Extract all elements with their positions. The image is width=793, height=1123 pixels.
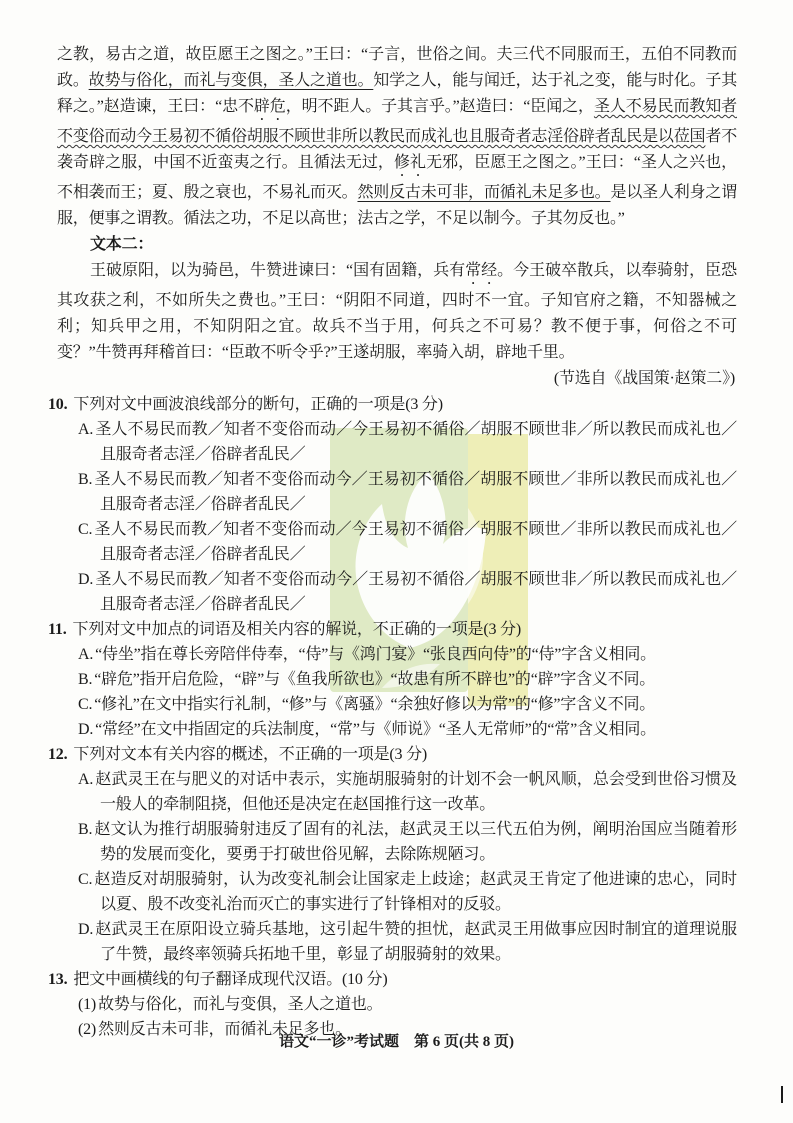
option-text: 赵武灵王在与肥义的对话中表示，实施胡服骑射的计划不会一帆风顺，总会受到世俗习惯及… [95,771,737,813]
option-text: “侍坐”指在尊长旁陪伴侍奉，“侍”与《鸿门宴》“张良西向侍”的“侍”字含义相同。 [95,646,656,663]
option-label: C. [78,521,92,538]
dot-emphasis-text: 修礼 [394,154,426,171]
option-text: 圣人不易民而教／知者不变俗而动今／王易初不循俗／胡服不顾世／非所以教民而成礼也／… [94,471,737,513]
option-label: B. [78,471,92,488]
question-stem-text: 下列对文中加点的词语及相关内容的解说，不正确的一项是(3 分) [73,621,521,638]
question-11-option-a: A.“侍坐”指在尊长旁陪伴侍奉，“侍”与《鸿门宴》“张良西向侍”的“侍”字含义相… [57,642,737,667]
question-10-stem: 10.下列对文中画波浪线部分的断句，正确的一项是(3 分) [48,392,737,417]
question-stem-text: 下列对文本有关内容的概述，不正确的一项是(3 分) [73,746,427,763]
question-10-option-b: B.圣人不易民而教／知者不变俗而动今／王易初不循俗／胡服不顾世／非所以教民而成礼… [57,467,737,517]
underlined-text: 故势与俗化，而礼与变俱，圣人之道也。 [89,72,374,89]
question-stem-text: 把文中画横线的句子翻译成现代汉语。(10 分) [73,971,387,988]
passage-two: 王破原阳，以为骑邑，牛赞进谏曰：“国有固籍，兵有常经。今王破卒散兵，以奉骑射，臣… [57,258,737,366]
question-13-item-1: (1)故势与俗化，而礼与变俱，圣人之道也。 [57,992,737,1017]
option-text: “辟危”指开启危险，“辟”与《鱼我所欲也》“故患有所不辟也”的“辟”字含义不同。 [94,671,655,688]
question-number: 10. [48,396,73,413]
exam-page: 之教，易古之道，故臣愿王之图之。”王曰：“子言，世俗之间。夫三代不同服而王，五伯… [0,0,793,1123]
option-text: 圣人不易民而教／知者不变俗而动／今王易初不循俗／胡服不顾世／非所以教民而成礼也／… [94,521,737,563]
passage-two-label: 文本二： [57,232,737,258]
option-label: D. [78,571,93,588]
source-attribution: (节选自《战国策·赵策二》) [57,366,737,392]
option-text: 赵造反对胡服骑射，认为改变礼制会让国家走上歧途；赵武灵王肯定了他进谏的忠心，同时… [94,871,737,913]
page-content: 之教，易古之道，故臣愿王之图之。”王曰：“子言，世俗之间。夫三代不同服而王，五伯… [0,0,793,1042]
question-stem-text: 下列对文中画波浪线部分的断句，正确的一项是(3 分) [73,396,442,413]
option-label: A. [78,421,93,438]
question-12-option-c: C.赵造反对胡服骑射，认为改变礼制会让国家走上歧途；赵武灵王肯定了他进谏的忠心，… [57,867,737,917]
question-10-option-c: C.圣人不易民而教／知者不变俗而动／今王易初不循俗／胡服不顾世／非所以教民而成礼… [57,517,737,567]
option-text: 圣人不易民而教／知者不变俗而动今／王易初不循俗／胡服不顾世非／所以教民而成礼也／… [95,571,737,613]
question-12-option-a: A.赵武灵王在与肥义的对话中表示，实施胡服骑射的计划不会一帆风顺，总会受到世俗习… [57,767,737,817]
option-label: B. [78,821,92,838]
plain-text: ，明不距人。子其言乎。”赵造曰：“臣闻之， [286,98,594,115]
option-label: B. [78,671,92,688]
passage-one: 之教，易古之道，故臣愿王之图之。”王曰：“子言，世俗之间。夫三代不同服而王，五伯… [57,42,737,232]
question-10-option-a: A.圣人不易民而教／知者不变俗而动／今王易初不循俗／胡服不顾世非／所以教民而成礼… [57,417,737,467]
item-text: 故势与俗化，而礼与变俱，圣人之道也。 [98,996,382,1013]
dot-emphasis-text: 辟危 [254,98,286,115]
scan-edge-mark [781,1086,783,1103]
option-text: “修礼”在文中指实行礼制，“修”与《离骚》“余独好修以为常”的“修”字含义不同。 [94,696,655,713]
option-label: D. [78,721,93,738]
question-11-option-c: C.“修礼”在文中指实行礼制，“修”与《离骚》“余独好修以为常”的“修”字含义不… [57,692,737,717]
option-text: 赵文认为推行胡服骑射违反了固有的礼法，赵武灵王以三代五伯为例，阐明治国应当随着形… [94,821,737,863]
plain-text: 王破原阳，以为骑邑，牛赞进谏曰：“国有固籍，兵有 [90,262,465,279]
dot-emphasis-text: 常经 [465,262,497,279]
option-label: C. [78,871,92,888]
question-12-option-b: B.赵文认为推行胡服骑射违反了固有的礼法，赵武灵王以三代五伯为例，阐明治国应当随… [57,817,737,867]
item-label: (1) [78,996,96,1013]
question-12-option-d: D.赵武灵王在原阳设立骑兵基地，这引起牛赞的担忧，赵武灵王用做事应因时制宜的道理… [57,917,737,967]
question-10-option-d: D.圣人不易民而教／知者不变俗而动今／王易初不循俗／胡服不顾世非／所以教民而成礼… [57,567,737,617]
question-11-stem: 11.下列对文中加点的词语及相关内容的解说，不正确的一项是(3 分) [48,617,737,642]
option-text: “常经”在文中指固定的兵法制度，“常”与《师说》“圣人无常师”的“常”含义相同。 [95,721,656,738]
question-number: 13. [48,971,73,988]
underlined-text: 然则反古未可非，而循礼未足多也。 [357,184,610,201]
question-10: 10.下列对文中画波浪线部分的断句，正确的一项是(3 分) A.圣人不易民而教／… [57,392,737,617]
option-label: C. [78,696,92,713]
option-label: A. [78,771,93,788]
question-11-option-b: B.“辟危”指开启危险，“辟”与《鱼我所欲也》“故患有所不辟也”的“辟”字含义不… [57,667,737,692]
option-label: D. [78,921,93,938]
question-11: 11.下列对文中加点的词语及相关内容的解说，不正确的一项是(3 分) A.“侍坐… [57,617,737,742]
question-number: 11. [48,621,73,638]
option-text: 圣人不易民而教／知者不变俗而动／今王易初不循俗／胡服不顾世非／所以教民而成礼也／… [95,421,737,463]
question-11-option-d: D.“常经”在文中指固定的兵法制度，“常”与《师说》“圣人无常师”的“常”含义相… [57,717,737,742]
option-label: A. [78,646,93,663]
question-12: 12.下列对文本有关内容的概述，不正确的一项是(3 分) A.赵武灵王在与肥义的… [57,742,737,967]
page-footer: 语文“一诊”考试题 第 6 页(共 8 页) [0,1030,793,1051]
option-text: 赵武灵王在原阳设立骑兵基地，这引起牛赞的担忧，赵武灵王用做事应因时制宜的道理说服… [95,921,737,963]
question-number: 12. [48,746,73,763]
question-13-stem: 13.把文中画横线的句子翻译成现代汉语。(10 分) [48,967,737,992]
question-12-stem: 12.下列对文本有关内容的概述，不正确的一项是(3 分) [48,742,737,767]
